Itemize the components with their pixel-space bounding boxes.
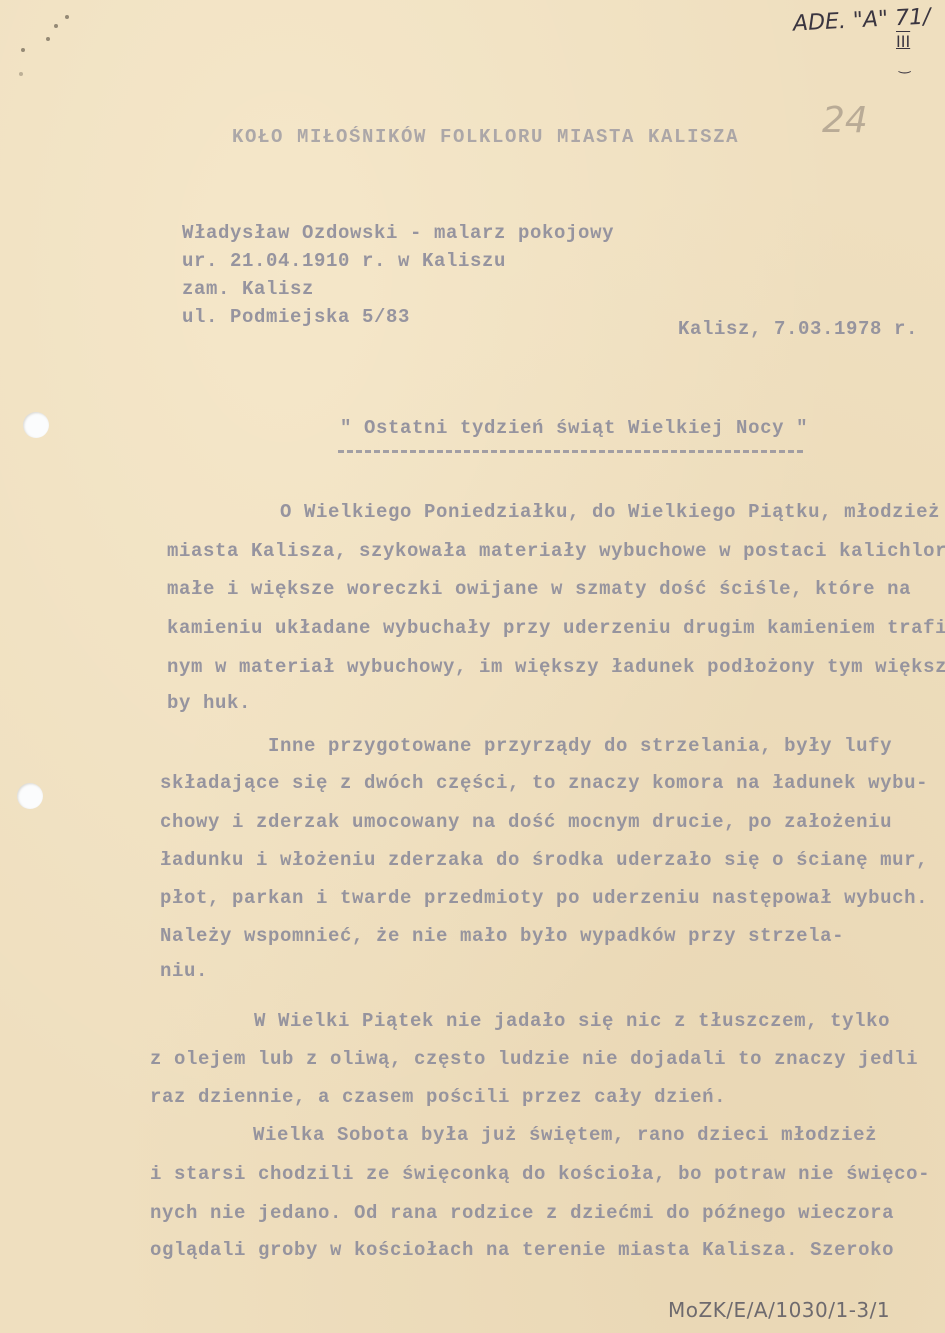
body-line: płot, parkan i twarde przedmioty po uder… — [160, 887, 928, 909]
ink-speck — [65, 15, 69, 19]
document-page: ADE. "A" 71/ III ‿ 24 KOŁO MIŁOŚNIKÓW FO… — [0, 0, 945, 1333]
document-date: Kalisz, 7.03.1978 r. — [678, 318, 918, 340]
body-line: kamieniu układane wybuchały przy uderzen… — [167, 617, 945, 639]
body-line: Należy wspomnieć, że nie mało było wypad… — [160, 925, 844, 947]
body-line: W Wielki Piątek nie jadało się nic z tłu… — [254, 1010, 890, 1032]
archive-code: MoZK/E/A/1030/1-3/1 — [668, 1298, 890, 1322]
body-line: miasta Kalisza, szykowała materiały wybu… — [167, 540, 945, 562]
document-title: " Ostatni tydzień świąt Wielkiej Nocy " — [340, 417, 808, 439]
body-line: Inne przygotowane przyrządy do strzelani… — [268, 735, 892, 757]
body-line: i starsi chodzili ze święconką do kościo… — [150, 1163, 930, 1185]
organization-header: KOŁO MIŁOŚNIKÓW FOLKLORU MIASTA KALISZA — [232, 126, 739, 148]
archive-signature: ADE. "A" 71/ — [792, 4, 931, 36]
ink-speck — [21, 48, 25, 52]
body-line: chowy i zderzak umocowany na dość mocnym… — [160, 811, 892, 833]
ink-speck — [54, 24, 58, 28]
archive-signature-roman: III — [896, 32, 910, 51]
body-line: Wielka Sobota była już świętem, rano dzi… — [253, 1124, 877, 1146]
punch-hole — [17, 783, 43, 809]
body-line: z olejem lub z oliwą, często ludzie nie … — [150, 1048, 918, 1070]
pencil-page-number: 24 — [822, 100, 868, 141]
punch-hole — [23, 412, 49, 438]
body-line: nym w materiał wybuchowy, im większy ład… — [167, 656, 945, 678]
body-line: oglądali groby w kościołach na terenie m… — [150, 1239, 894, 1261]
body-line: raz dziennie, a czasem pościli przez cał… — [150, 1086, 726, 1108]
body-line: by huk. — [167, 692, 251, 714]
body-line: małe i większe woreczki owijane w szmaty… — [167, 578, 911, 600]
body-line: ładunku i włożeniu zderzaka do środka ud… — [160, 849, 928, 871]
author-residence-line: zam. Kalisz — [182, 278, 314, 300]
body-line: O Wielkiego Poniedziałku, do Wielkiego P… — [280, 501, 940, 523]
ink-speck — [46, 37, 50, 41]
author-name-line: Władysław Ozdowski - malarz pokojowy — [182, 222, 614, 244]
archive-signature-mark: ‿ — [899, 58, 910, 74]
author-address-line: ul. Podmiejska 5/83 — [182, 306, 410, 328]
body-line: nych nie jedano. Od rana rodzice z dzieć… — [150, 1202, 894, 1224]
author-birth-line: ur. 21.04.1910 r. w Kaliszu — [182, 250, 506, 272]
body-line: niu. — [160, 960, 208, 982]
body-line: składające się z dwóch części, to znaczy… — [160, 772, 928, 794]
ink-speck — [19, 72, 23, 76]
title-underline — [338, 450, 803, 453]
